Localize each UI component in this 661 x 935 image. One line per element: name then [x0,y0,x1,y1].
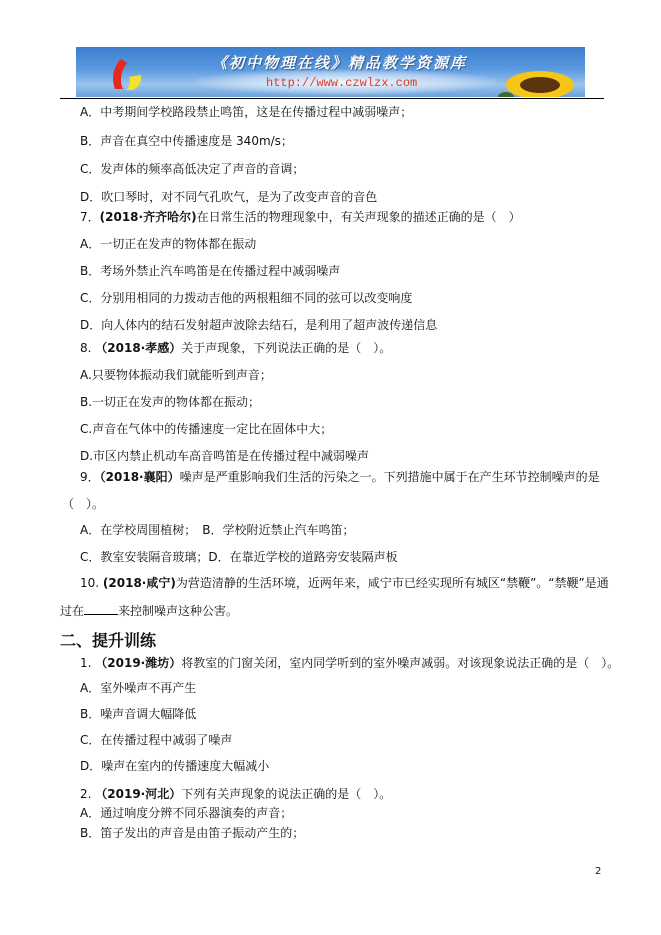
q9-options-row-1: A．在学校周围植树； B．学校附近禁止汽车鸣笛； [80,523,354,537]
sunflower-icon [496,65,576,97]
question-number: 10. [80,576,103,590]
q9-options-row-2: C．教室安装隔音玻璃；D．在靠近学校的道路旁安装隔声板 [80,550,398,564]
q8-option-a: A.只要物体振动我们就能听到声音； [80,368,272,382]
question-7: 7．(2018·齐齐哈尔)在日常生活的物理现象中，有关声现象的描述正确的是（ ） [80,210,521,224]
section2-question-1: 1. （2019·潍坊）将教室的门窗关闭，室内同学听到的室外噪声减弱。对该现象说… [80,656,619,670]
question-source: (2018·咸宁) [103,576,176,590]
logo-icon [107,57,147,93]
q7-option-b: B．考场外禁止汽车鸣笛是在传播过程中减弱噪声 [80,264,340,278]
banner-title: 《初中物理在线》精品教学资源库 [212,52,467,73]
s2q2-option-b: B．笛子发出的声音是由笛子振动产生的； [80,826,304,840]
q6-option-d: D．吹口琴时，对不同气孔吹气，是为了改变声音的音色 [80,190,377,204]
question-number: 9． [80,470,100,484]
section2-question-2: 2. （2019·河北）下列有关声现象的说法正确的是（ ）。 [80,787,391,801]
s2q1-option-c: C．在传播过程中减弱了噪声 [80,733,232,747]
question-source: （2019·河北） [95,787,181,801]
question-source: (2018·齐齐哈尔) [100,210,197,224]
q10-text-after-blank: 来控制噪声这种公害。 [118,604,238,618]
header-banner: 《初中物理在线》精品教学资源库 http://www.czwlzx.com [76,47,585,97]
page-number: 2 [595,866,601,877]
question-number: 7． [80,210,100,224]
q10-text-before-blank: 过在 [60,604,84,618]
q6-option-a: A．中考期间学校路段禁止鸣笛，这是在传播过程中减弱噪声； [80,105,412,119]
q9-stem-continuation: （ ）。 [62,497,104,511]
q8-option-c: C.声音在气体中的传播速度一定比在固体中大； [80,422,332,436]
question-10: 10. (2018·咸宁)为营造清静的生活环境，近两年来，咸宁市已经实现所有城区… [80,576,609,590]
fill-in-blank [84,603,118,615]
section-heading: 二、提升训练 [60,628,156,651]
question-number: 1. [80,656,95,670]
question-source: （2018·孝感） [95,341,181,355]
q7-option-d: D．向人体内的结石发射超声波除去结石，是利用了超声波传递信息 [80,318,437,332]
question-stem: 关于声现象，下列说法正确的是（ ）。 [181,341,391,355]
question-stem: 将教室的门窗关闭，室内同学听到的室外噪声减弱。对该现象说法正确的是（ ）。 [181,656,619,670]
q8-option-b: B.一切正在发声的物体都在振动； [80,395,260,409]
question-stem: 下列有关声现象的说法正确的是（ ）。 [181,787,391,801]
header-rule [60,98,604,99]
s2q1-option-a: A．室外噪声不再产生 [80,681,196,695]
question-number: 2. [80,787,95,801]
question-stem: 在日常生活的物理现象中，有关声现象的描述正确的是（ ） [197,210,521,224]
s2q1-option-b: B．噪声音调大幅降低 [80,707,196,721]
q10-continuation: 过在来控制噪声这种公害。 [60,603,238,618]
question-number: 8. [80,341,95,355]
question-source: （2018·襄阳） [100,470,180,484]
question-stem: 噪声是严重影响我们生活的污染之一。下列措施中属于在产生环节控制噪声的是 [180,470,600,484]
question-9: 9．（2018·襄阳）噪声是严重影响我们生活的污染之一。下列措施中属于在产生环节… [80,470,600,484]
s2q1-option-d: D．噪声在室内的传播速度大幅减小 [80,759,269,773]
question-source: （2019·潍坊） [95,656,181,670]
q7-option-a: A．一切正在发声的物体都在振动 [80,237,256,251]
question-8: 8. （2018·孝感）关于声现象，下列说法正确的是（ ）。 [80,341,391,355]
question-stem: 为营造清静的生活环境，近两年来，咸宁市已经实现所有城区“禁鞭”。“禁鞭”是通 [176,576,609,590]
s2q2-option-a: A．通过响度分辨不同乐器演奏的声音； [80,806,292,820]
q6-option-c: C．发声体的频率高低决定了声音的音调； [80,162,304,176]
q6-option-b: B．声音在真空中传播速度是 340m/s； [80,134,293,148]
banner-url: http://www.czwlzx.com [266,76,417,90]
q7-option-c: C．分别用相同的力拨动吉他的两根粗细不同的弦可以改变响度 [80,291,412,305]
q8-option-d: D.市区内禁止机动车高音鸣笛是在传播过程中减弱噪声 [80,449,369,463]
